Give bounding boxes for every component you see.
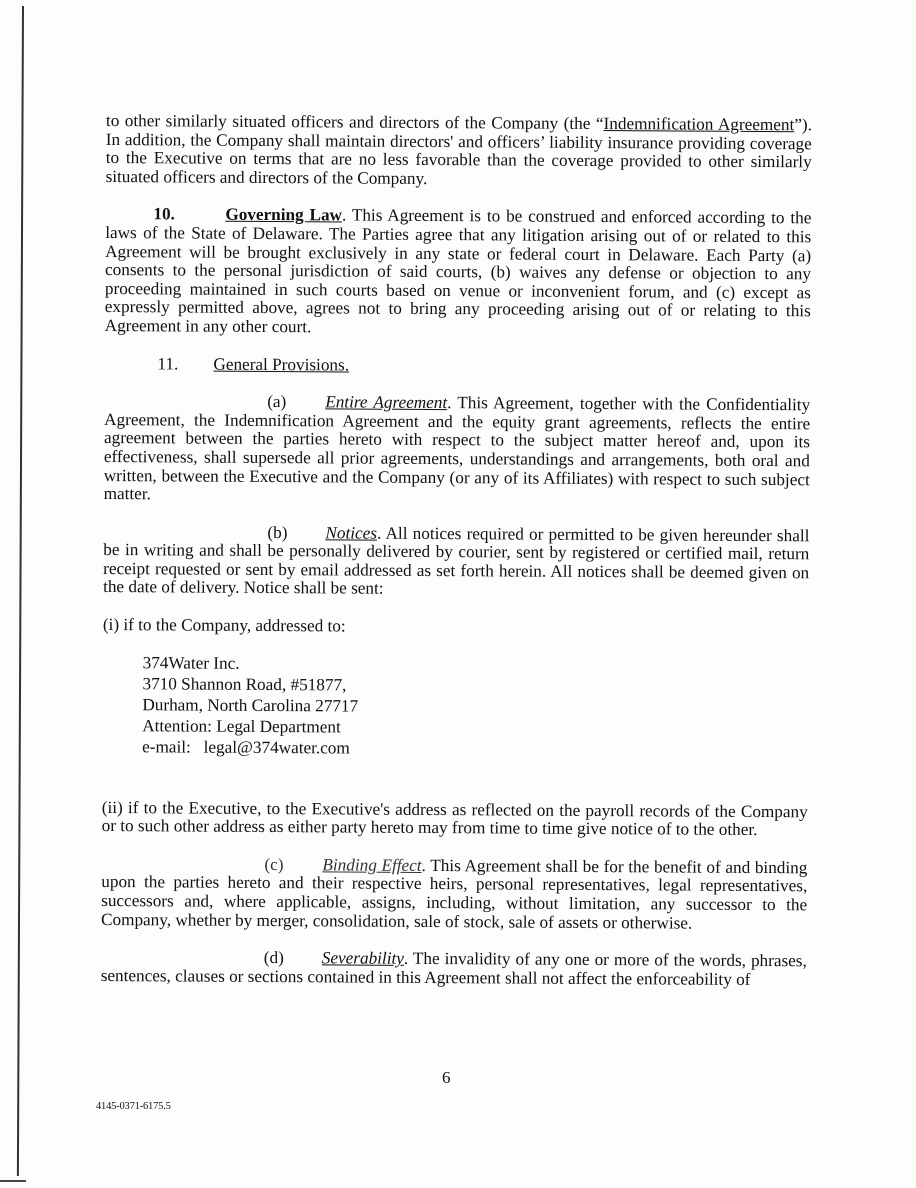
executive-notice-paragraph: (ii) if to the Executive, to the Executi… — [102, 799, 808, 840]
section-11a-entire-agreement: (a)Entire Agreement. This Agreement, tog… — [104, 392, 811, 508]
section-11d-label: (d) — [264, 949, 322, 968]
section-10-text: . This Agreement is to be construed and … — [105, 206, 812, 336]
section-11-number: 11. — [157, 355, 213, 374]
document-id: 4145-0371-6175.5 — [96, 1101, 171, 1112]
section-11-heading-period: . — [345, 355, 349, 374]
section-10-governing-law: 10.Governing Law. This Agreement is to b… — [105, 205, 812, 339]
section-11d-text: . The invalidity of any one or more of t… — [101, 949, 807, 989]
section-11a-label: (a) — [267, 393, 325, 412]
section-11a-heading: Entire Agreement — [325, 392, 447, 412]
section-11c-text: . This Agreement shall be for the benefi… — [101, 856, 807, 932]
section-11b-label: (b) — [267, 524, 325, 543]
page-number: 6 — [442, 1068, 451, 1088]
scan-edge-mark — [0, 1180, 26, 1182]
continuation-paragraph: to other similarly situated officers and… — [106, 112, 812, 191]
section-11d-severability: (d)Severability. The invalidity of any o… — [101, 948, 807, 989]
section-11b-notices: (b)Notices. All notices required or perm… — [103, 523, 809, 602]
section-10-heading: Governing Law — [225, 205, 342, 225]
section-10-number: 10. — [153, 206, 225, 225]
section-11a-text: . This Agreement, together with the Conf… — [104, 393, 811, 503]
section-11b-heading: Notices — [325, 523, 377, 542]
section-11c-binding-effect: (c)Binding Effect. This Agreement shall … — [101, 855, 807, 934]
defined-term-indemnification-agreement: Indemnification Agreement — [604, 114, 795, 134]
address-line-email: e-mail: legal@374water.com — [142, 736, 808, 761]
section-11-heading: General Provisions — [213, 354, 344, 374]
section-11c-heading: Binding Effect — [322, 855, 421, 875]
section-11b-text: . All notices required or permitted to b… — [103, 523, 809, 598]
scan-edge-line — [17, 6, 24, 1176]
section-11d-heading: Severability — [322, 949, 404, 969]
section-11c-label: (c) — [264, 856, 322, 875]
section-11-heading-line: 11.General Provisions. — [104, 355, 810, 378]
company-notice-intro: (i) if to the Company, addressed to: — [103, 616, 809, 639]
company-address-block: 374Water Inc. 3710 Shannon Road, #51877,… — [142, 652, 809, 761]
document-page: to other similarly situated officers and… — [101, 112, 812, 990]
